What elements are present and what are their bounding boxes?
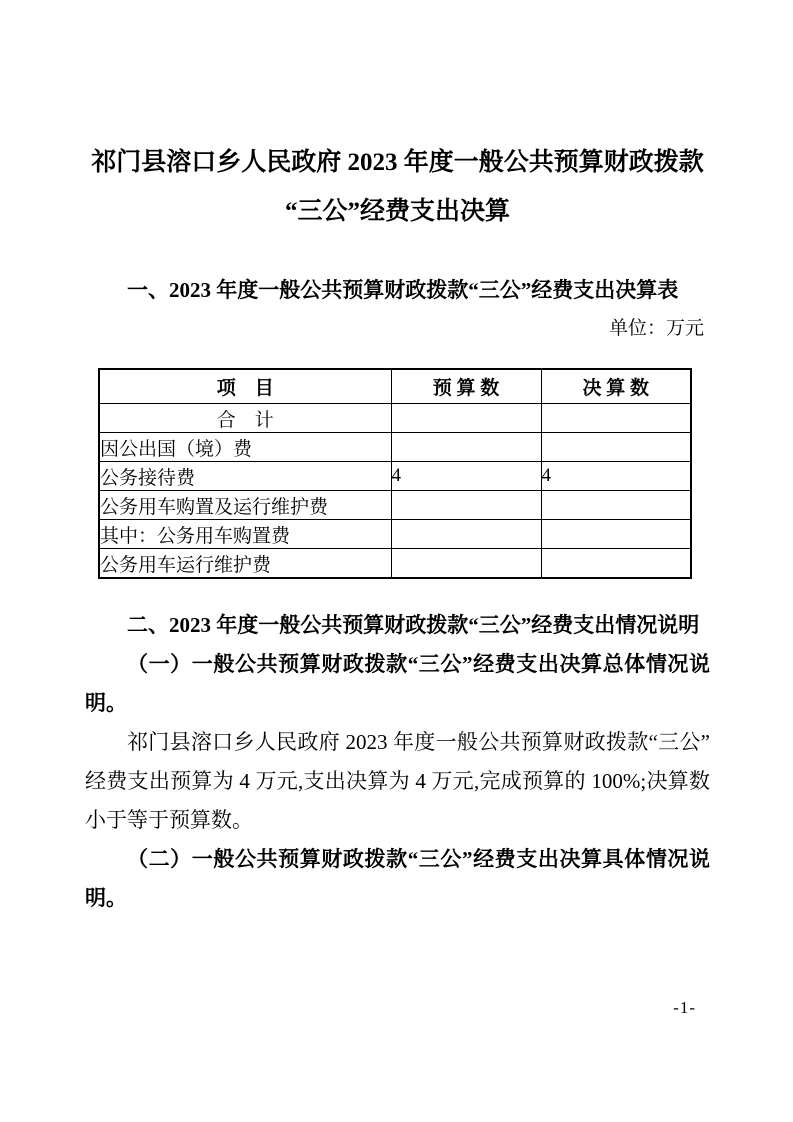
document-title-line1: 祁门县溶口乡人民政府 2023 年度一般公共预算财政拨款	[91, 149, 704, 176]
unit-label: 单位：万元	[85, 312, 704, 346]
section1-heading: 一、2023 年度一般公共预算财政拨款“三公”经费支出决算表	[85, 271, 710, 310]
table-row-abroad: 因公出国（境）费	[99, 433, 691, 462]
final-value-vehicle-maintenance	[541, 549, 691, 579]
table-row-vehicle-purchase: 其中：公务用车购置费	[99, 520, 691, 549]
row-label-abroad: 因公出国（境）费	[99, 433, 391, 462]
budget-value-reception: 4	[391, 462, 541, 491]
final-value-total	[541, 404, 691, 433]
section2-heading: 二、2023 年度一般公共预算财政拨款“三公”经费支出情况说明	[85, 606, 710, 645]
budget-value-vehicle-total	[391, 491, 541, 520]
table-row-vehicle-total: 公务用车购置及运行维护费	[99, 491, 691, 520]
final-value-reception: 4	[541, 462, 691, 491]
column-header-final: 决 算 数	[541, 369, 691, 404]
row-label-vehicle-total: 公务用车购置及运行维护费	[99, 491, 391, 520]
budget-value-total	[391, 404, 541, 433]
table-header-row: 项 目 预 算 数 决 算 数	[99, 369, 691, 404]
table-row-total: 合 计	[99, 404, 691, 433]
row-label-reception: 公务接待费	[99, 462, 391, 491]
document-title-line2: “三公”经费支出决算	[285, 198, 510, 225]
table-row-vehicle-maintenance: 公务用车运行维护费	[99, 549, 691, 579]
section2-paragraph1: 祁门县溶口乡人民政府 2023 年度一般公共预算财政拨款“三公”经费支出预算为 …	[85, 723, 710, 840]
row-label-vehicle-maintenance: 公务用车运行维护费	[99, 549, 391, 579]
section2-sub1-heading: （一）一般公共预算财政拨款“三公”经费支出决算总体情况说明。	[85, 645, 710, 723]
row-label-total: 合 计	[99, 404, 391, 433]
document-title: 祁门县溶口乡人民政府 2023 年度一般公共预算财政拨款 “三公”经费支出决算	[85, 138, 710, 236]
final-value-vehicle-purchase	[541, 520, 691, 549]
budget-value-vehicle-maintenance	[391, 549, 541, 579]
column-header-item: 项 目	[99, 369, 391, 404]
budget-value-vehicle-purchase	[391, 520, 541, 549]
section2-sub2-heading: （二）一般公共预算财政拨款“三公”经费支出决算具体情况说明。	[85, 840, 710, 918]
three-public-expense-table: 项 目 预 算 数 决 算 数 合 计 因公出国（境）费 公务接待费 4 4	[98, 368, 692, 579]
final-value-vehicle-total	[541, 491, 691, 520]
budget-value-abroad	[391, 433, 541, 462]
document-page: 祁门县溶口乡人民政府 2023 年度一般公共预算财政拨款 “三公”经费支出决算 …	[0, 0, 793, 1122]
page-number: -1-	[673, 998, 696, 1018]
table-row-reception: 公务接待费 4 4	[99, 462, 691, 491]
column-header-budget: 预 算 数	[391, 369, 541, 404]
row-label-vehicle-purchase: 其中：公务用车购置费	[99, 520, 391, 549]
final-value-abroad	[541, 433, 691, 462]
